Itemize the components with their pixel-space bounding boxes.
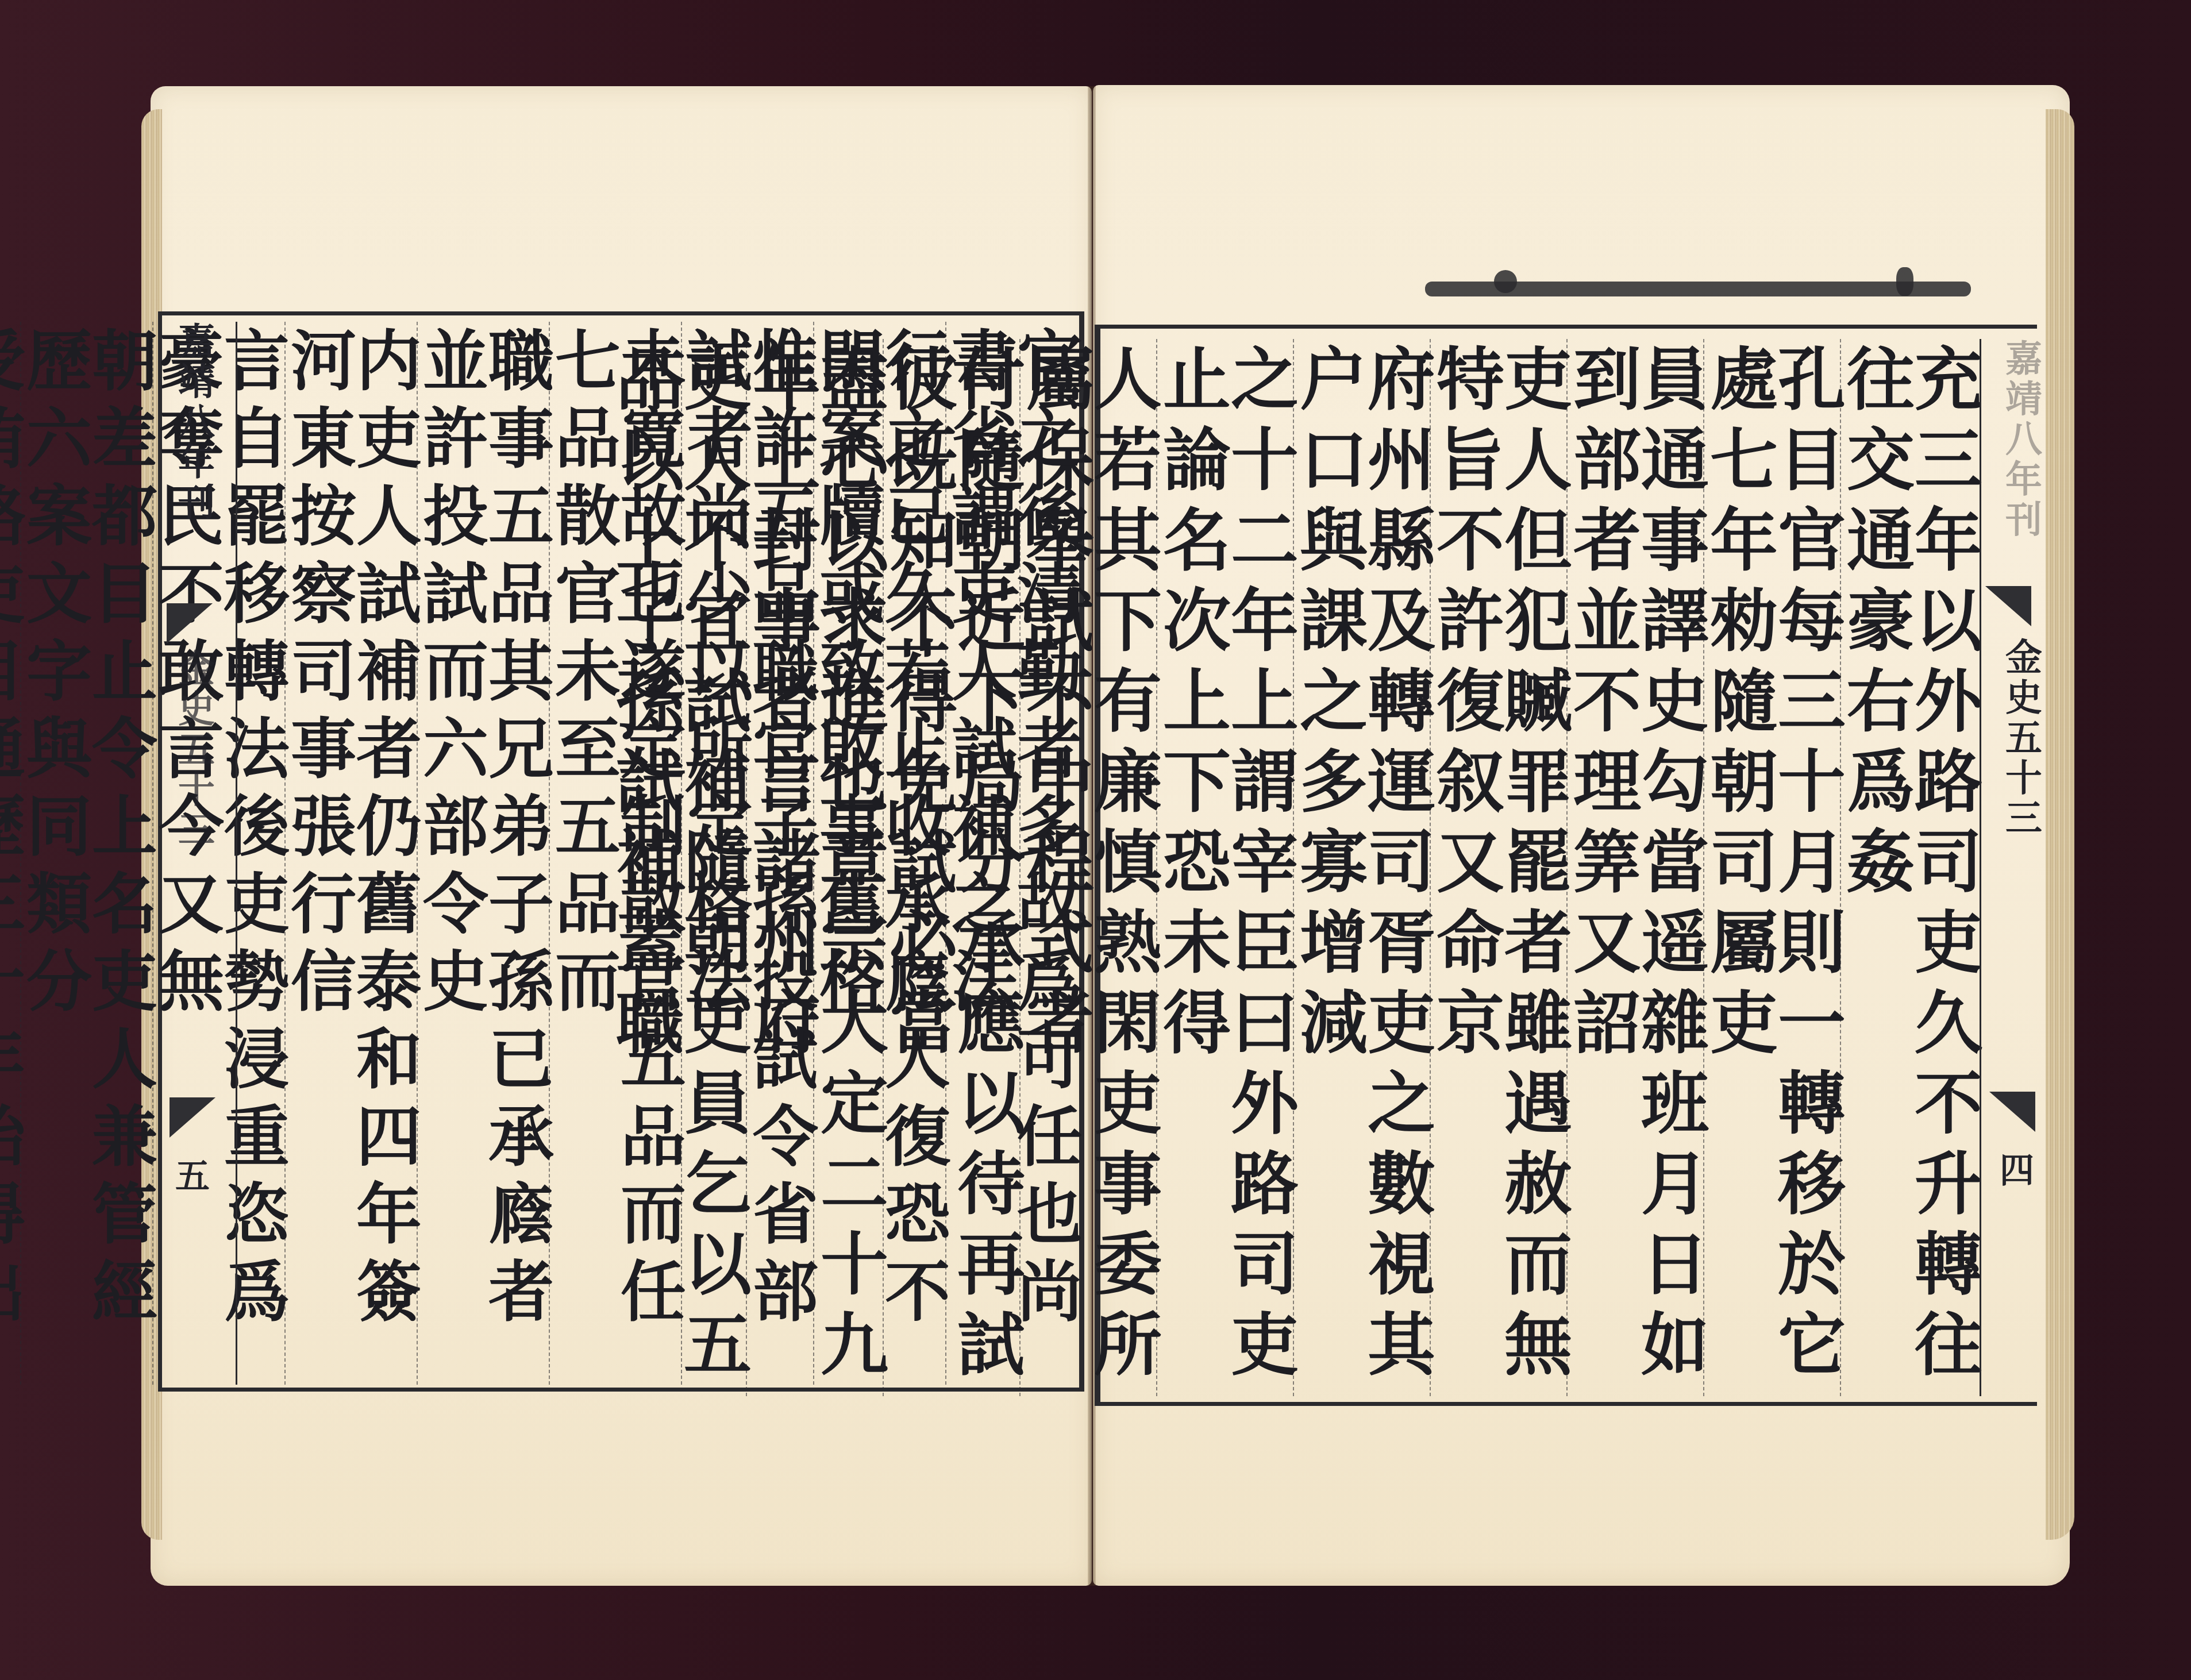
text-column: 孔目官每三十月則一轉移於它處七年勑隨朝司屬吏 (1703, 339, 1840, 1396)
page-number: 五 (175, 1149, 210, 1199)
fishtail-lower-icon (170, 1097, 215, 1138)
fishtail-lower-icon (1989, 1092, 2035, 1132)
text-column: 朝差都目止令上名吏人兼管經歷六案文字與同類分 (20, 322, 152, 1385)
margin-rule (236, 322, 237, 1385)
right-page-edges (2046, 109, 2074, 1540)
text-column: 未寛故也遂定制散官五品而任七品散官未至五品而 (549, 322, 681, 1385)
text-column: 員通事譯史勾當遥雜班月日如到部者並不理筭又詔 (1566, 339, 1703, 1396)
margin-rule (1980, 339, 1981, 1396)
left-page-text: 官之後清勤者多故爲可任也尚書省謂吏人試補之法 行之已久若止收承廕人復恐不閑案牘或… (241, 322, 1077, 1385)
book-title-label: 金史五十三 (1994, 638, 2047, 839)
text-column: 吏人但犯贓罪罷者雖遇赦而無特旨不許復叙又命京 (1430, 339, 1566, 1396)
text-column: 充三年以外路司吏久不升轉往往交通豪右爲姦 (1840, 339, 1977, 1396)
text-column: 府州縣及轉運司胥吏之數視其户口與課之多寡增減 (1293, 339, 1430, 1396)
text-column: 惟許五品職官子孫投試令省部試者尚少以所定格法 (681, 322, 813, 1385)
text-column: 内吏人試補者仍舊泰和四年簽河東按察司事張行信 (284, 322, 417, 1385)
right-page-text: 充三年以外路司吏久不升轉往往交通豪右爲姦 孔目官每三十月則一轉移於它處七年勑隨朝… (1112, 339, 1977, 1396)
page-number: 四 (2000, 1143, 2034, 1193)
ink-smudge (1494, 270, 1517, 293)
edition-label: 嘉靖八年刊 (1994, 339, 2047, 540)
text-column: 之十二年上謂宰臣曰外路司吏止論名次上下恐未得 (1156, 339, 1293, 1396)
ink-smudge (1896, 267, 1913, 296)
fishtail-upper-icon (1985, 586, 2031, 626)
text-column: 行之已久若止收承廕人復恐不閑案牘或致敗事舊格 (813, 322, 945, 1385)
book-title-label: 金史五十三 (167, 649, 220, 850)
fishtail-upper-icon (167, 603, 213, 644)
edition-label: 嘉靖八年刊 (167, 322, 220, 523)
text-column: 官之後清勤者多故爲可任也尚書省謂吏人試補之法 (945, 322, 1077, 1385)
text-column: 受賄賂吏目通歷三十年始得出職常在本處侵漁不便 (0, 322, 20, 1385)
text-column: 職事五品其兄弟子孫已承廕者並許投試而六部令史 (417, 322, 549, 1385)
